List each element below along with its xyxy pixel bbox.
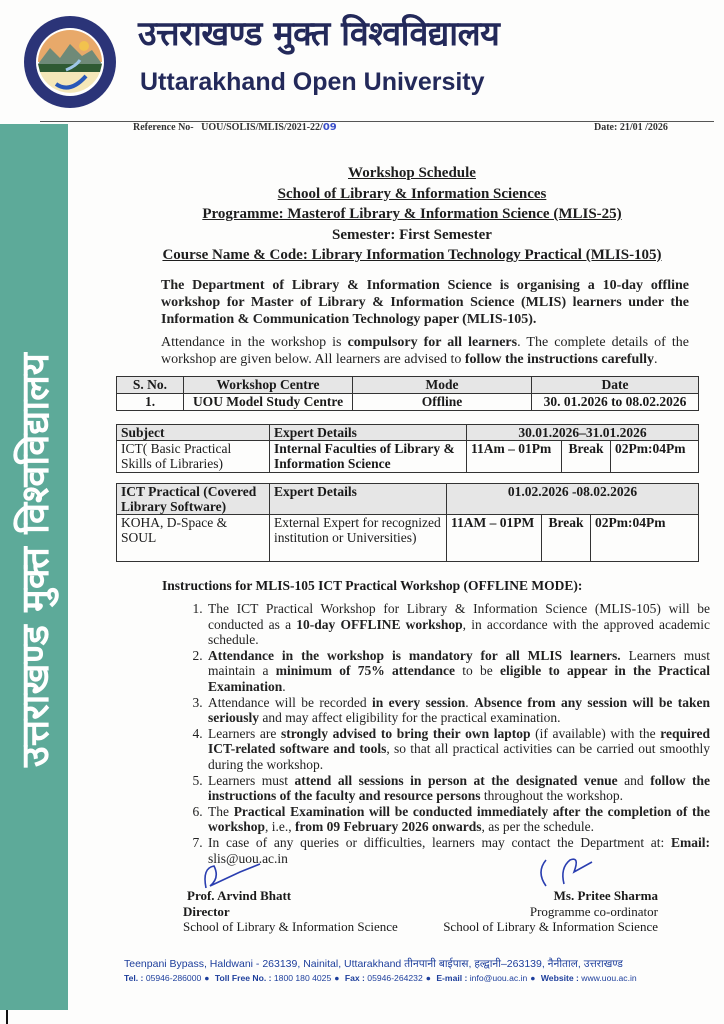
reference-handwritten: 09 [323, 122, 337, 133]
header-date-range: 30.01.2026–31.01.2026 [467, 425, 699, 441]
table-row: KOHA, D-Space & SOUL External Expert for… [117, 515, 699, 562]
signatory-right-dept: School of Library & Information Science [436, 919, 658, 935]
cell-morning: 11AM – 01PM [447, 515, 542, 562]
header-subject: ICT Practical (Covered Library Software) [117, 484, 270, 515]
reference-number: Reference No- UOU/SOLIS/MLIS/2021-22/09 [133, 122, 337, 133]
instruction-text: . [465, 695, 474, 710]
header-date-range: 01.02.2026 -08.02.2026 [447, 484, 699, 515]
cell-break: Break [542, 515, 591, 562]
signature-mark-right [534, 850, 604, 892]
cell-expert: External Expert for recognized instituti… [270, 515, 447, 562]
cell-subject: KOHA, D-Space & SOUL [117, 515, 270, 562]
tollfree-label: Toll Free No. : [215, 973, 272, 983]
signatory-right-title: Programme co-ordinator [436, 904, 658, 920]
signatory-right-name: Ms. Pritee Sharma [436, 888, 658, 904]
practical-table: ICT Practical (Covered Library Software)… [116, 483, 699, 562]
signatory-right: Ms. Pritee Sharma Programme co-ordinator… [436, 888, 658, 935]
cell-afternoon: 02Pm:04Pm [591, 515, 699, 562]
header-date: Date [532, 377, 699, 394]
instruction-text: Learners must [208, 773, 295, 788]
instruction-text: . [282, 679, 285, 694]
instruction-bold-text: strongly advised to bring their own lapt… [281, 726, 530, 741]
cell-afternoon: 02Pm:04Pm [611, 441, 699, 473]
basic-skills-table: Subject Expert Details 30.01.2026–31.01.… [116, 424, 699, 473]
instruction-text: , i.e., [265, 819, 295, 834]
header-subject: Subject [117, 425, 270, 441]
header-sno: S. No. [117, 377, 184, 394]
attendance-bold: compulsory for all learners [348, 335, 518, 350]
cell-expert: Internal Faculties of Library & Informat… [270, 441, 467, 473]
fax-label: Fax : [345, 973, 365, 983]
instruction-text: , as per the schedule. [482, 819, 594, 834]
tollfree-value: 1800 180 4025 [274, 973, 331, 983]
instruction-bold-text: Attendance in the workshop is mandatory … [208, 648, 621, 663]
instruction-bold-text: Email: [671, 835, 710, 850]
instruction-text: (if available) with the [531, 726, 661, 741]
university-english-name: Uttarakhand Open University [140, 67, 485, 97]
email-link[interactable]: info@uou.ac.in [470, 973, 527, 983]
programme: Programme: Masterof Library & Informatio… [100, 204, 724, 225]
semester: Semester: First Semester [100, 225, 724, 246]
table-header-row: ICT Practical (Covered Library Software)… [117, 484, 699, 515]
signatory-left-dept: School of Library & Information Science [183, 919, 398, 935]
instructions-list: The ICT Practical Workshop for Library &… [184, 601, 710, 866]
bullet-icon: ● [334, 973, 339, 983]
bullet-icon: ● [426, 973, 431, 983]
cell-subject: ICT( Basic Practical Skills of Libraries… [117, 441, 270, 473]
sidebar-vertical-text: उत्तराखण्ड मुक्त विश्वविद्यालय [8, 353, 60, 767]
attendance-text: Attendance in the workshop is [161, 335, 348, 350]
reference-label: Reference No- [133, 122, 194, 133]
instruction-bold-text: minimum of 75% attendance [276, 663, 455, 678]
header-expert: Expert Details [270, 484, 447, 515]
cell-sno: 1. [117, 394, 184, 411]
instruction-bold-text: 10-day OFFLINE workshop [296, 617, 462, 632]
email-label: E-mail : [436, 973, 467, 983]
course: Course Name & Code: Library Information … [100, 245, 724, 266]
cell-date: 30. 01.2026 to 08.02.2026 [532, 394, 699, 411]
cell-centre: UOU Model Study Centre [184, 394, 353, 411]
website-label: Website : [541, 973, 579, 983]
instruction-item: The ICT Practical Workshop for Library &… [206, 601, 710, 648]
signatory-left-title: Director [183, 904, 398, 920]
bullet-icon: ● [530, 973, 535, 983]
instruction-text: to be [455, 663, 500, 678]
cell-break: Break [562, 441, 611, 473]
instruction-text: Attendance will be recorded [208, 695, 372, 710]
workshop-centre-table: S. No. Workshop Centre Mode Date 1. UOU … [116, 376, 699, 411]
instruction-text: In case of any queries or difficulties, … [208, 835, 671, 850]
attendance-bold: follow the instructions carefully [465, 352, 654, 367]
cell-mode: Offline [353, 394, 532, 411]
instruction-item: Learners are strongly advised to bring t… [206, 726, 710, 773]
school-name: School of Library & Information Sciences [100, 184, 724, 205]
instruction-item: Attendance in the workshop is mandatory … [206, 648, 710, 695]
table-header-row: S. No. Workshop Centre Mode Date [117, 377, 699, 394]
header-centre: Workshop Centre [184, 377, 353, 394]
instruction-item: The Practical Examination will be conduc… [206, 804, 710, 835]
instruction-item: Learners must attend all sessions in per… [206, 773, 710, 804]
instruction-text: and [618, 773, 651, 788]
letter-date: Date: 21/01 /2026 [594, 122, 668, 133]
cell-morning: 11Am – 01Pm [467, 441, 562, 473]
instruction-text: throughout the workshop. [481, 788, 624, 803]
signatory-left-name: Prof. Arvind Bhatt [183, 888, 398, 904]
table-row: 1. UOU Model Study Centre Offline 30. 01… [117, 394, 699, 411]
instruction-item: In case of any queries or difficulties, … [206, 835, 710, 866]
signatory-left: Prof. Arvind Bhatt Director School of Li… [183, 888, 398, 935]
website-link[interactable]: www.uou.ac.in [581, 973, 636, 983]
signature-mark-left [200, 858, 270, 892]
university-seal-icon [22, 14, 118, 110]
intro-paragraph: The Department of Library & Information … [161, 277, 689, 328]
tel-label: Tel. : [124, 973, 143, 983]
header-mode: Mode [353, 377, 532, 394]
instruction-text: and may affect eligibility for the pract… [259, 710, 561, 725]
header-expert: Expert Details [270, 425, 467, 441]
instruction-bold-text: in every session [372, 695, 465, 710]
attendance-paragraph: Attendance in the workshop is compulsory… [161, 334, 689, 368]
instruction-bold-text: attend all sessions in person at the des… [295, 773, 618, 788]
margin-mark [6, 1010, 8, 1024]
table-header-row: Subject Expert Details 30.01.2026–31.01.… [117, 425, 699, 441]
instruction-bold-text: from 09 February 2026 onwards [295, 819, 482, 834]
instruction-item: Attendance will be recorded in every ses… [206, 695, 710, 726]
instructions-title: Instructions for MLIS-105 ICT Practical … [162, 578, 582, 594]
footer-contacts: Tel. : 05946-286000● Toll Free No. : 180… [124, 973, 637, 983]
tel-value: 05946-286000 [146, 973, 201, 983]
university-hindi-name: उत्तराखण्ड मुक्त विश्वविद्यालय [138, 14, 499, 54]
attendance-text: . [654, 352, 658, 367]
table-row: ICT( Basic Practical Skills of Libraries… [117, 441, 699, 473]
document-headings: Workshop Schedule School of Library & In… [100, 163, 724, 266]
fax-value: 05946-264232 [367, 973, 422, 983]
instruction-text: Learners are [208, 726, 281, 741]
footer-address: Teenpani Bypass, Haldwani - 263139, Nain… [124, 957, 623, 971]
workshop-title: Workshop Schedule [100, 163, 724, 184]
bullet-icon: ● [204, 973, 209, 983]
reference-value: UOU/SOLIS/MLIS/2021-22/ [201, 122, 323, 133]
instruction-text: The [208, 804, 234, 819]
